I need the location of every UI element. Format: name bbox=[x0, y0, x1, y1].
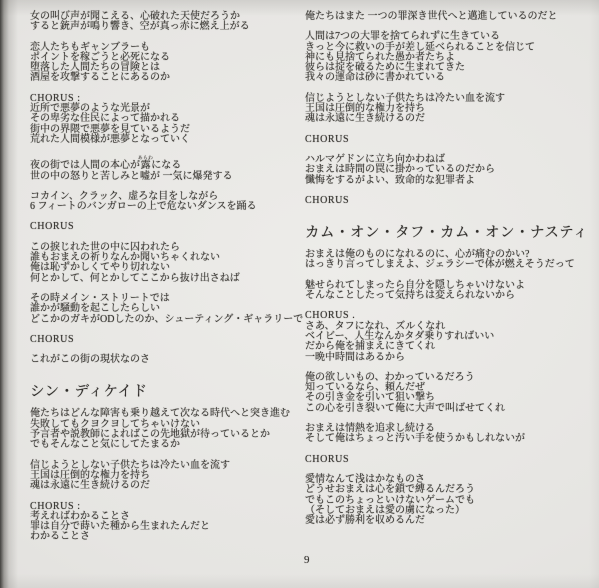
stanza: コカイン、クラック、虚ろな目をしながら6 フィートのバンガローの上で危ないダンス… bbox=[30, 192, 300, 213]
lyric-line: 世の中の怒りと苦しみと嘘が 一気に爆発する bbox=[30, 172, 300, 182]
chorus-block: CHORUS bbox=[305, 455, 595, 465]
chorus-block: CHORUS bbox=[30, 335, 300, 345]
page-number: 9 bbox=[304, 554, 310, 566]
lyrics-column-right: 俺たちはまた 一つの罪深き世代へと邁進しているのだと人間は7つの大罪を捨てられず… bbox=[305, 12, 595, 536]
chorus-block: CHORUS bbox=[30, 222, 300, 232]
stanza: 俺たちはまた 一つの罪深き世代へと邁進しているのだと bbox=[305, 12, 595, 22]
lyric-line: この心を引き裂いて俺に大声で叫ばせてくれ bbox=[305, 404, 595, 414]
lyric-line: 一晩中時間はあるから bbox=[305, 353, 595, 363]
stanza: 魅せられてしまったら自分を隠しちゃいけないよそんなことしたって気持ちは変えられな… bbox=[305, 281, 595, 302]
lyric-line: 荒れた人間模様が悪夢となっていく bbox=[30, 135, 300, 145]
lyric-line: 酒屋を攻撃することにあるのか bbox=[30, 73, 300, 83]
lyric-line: はっきり言ってしまえよ、ジェラシーで体が燃えそうだって bbox=[305, 260, 595, 270]
stanza: 信じようとしない子供たちは冷たい血を流す王国は圧倒的な権力を持ち魂は永遠に生き続… bbox=[30, 461, 300, 492]
lyric-line: 懺悔をするがよい、致命的な犯罪者よ bbox=[305, 176, 595, 186]
stanza: 俺たちはどんな障害も乗り越えて次なる時代へと突き進む失敗してもクヨクヨしてちゃい… bbox=[30, 409, 300, 450]
lyric-line: どこかのガキがODしたのか、シューティング・ギャラリーで bbox=[30, 315, 300, 325]
stanza: 愛情なんて浅はかなものさどうせおまえは心を鎖で縛るんだろうでもこのちょっといけな… bbox=[305, 475, 595, 526]
song-title: カム・オン・タフ・カム・オン・ナスティ bbox=[305, 225, 595, 241]
song-title: シン・ディケイド bbox=[30, 384, 300, 400]
lyric-line: すると銃声が鳴り響き、空が真っ赤に燃え上がる bbox=[30, 22, 300, 32]
lyrics-column-left: 女の叫び声が聞こえる、心破れた天使だろうかすると銃声が鳴り響き、空が真っ赤に燃え… bbox=[30, 12, 300, 553]
chorus-label: CHORUS bbox=[30, 335, 300, 345]
stanza: 女の叫び声が聞こえる、心破れた天使だろうかすると銃声が鳴り響き、空が真っ赤に燃え… bbox=[30, 12, 300, 33]
lyric-line: どうせおまえは心を鎖で縛るんだろう bbox=[305, 485, 595, 495]
stanza: ハルマゲドンに立ち向かわねばおまえは時間の罠に掛かっているのだから懺悔をするがよ… bbox=[305, 155, 595, 186]
lyric-line: 夜の街では人間の本心が露あらわになる bbox=[30, 155, 300, 171]
stanza: 恋人たちもギャンブラーもポイントを稼ごうと必死になる堕落した人間たちの冒険とは酒… bbox=[30, 43, 300, 84]
lyric-line: これがこの街の現状なのさ bbox=[30, 355, 300, 365]
stanza: 夜の街では人間の本心が露あらわになる世の中の怒りと苦しみと嘘が 一気に爆発する bbox=[30, 155, 300, 182]
stanza: 人間は7つの大罪を捨てられずに生きているきっと今に救いの手が差し延べられることを… bbox=[305, 32, 595, 83]
stanza: CHORUS .さあ、タフになれ、ズルくなれベイビー、人生なんかタダ乗りすればい… bbox=[305, 311, 595, 362]
stanza: 俺の欲しいもの、わかっているだろう知っているなら、頼んだぜその引き金を引いて狙い… bbox=[305, 373, 595, 414]
stanza: その時メイン・ストリートでは誰かが騒動を起こしたらしいどこかのガキがODしたのか… bbox=[30, 294, 300, 325]
chorus-block: CHORUS bbox=[305, 196, 595, 206]
stanza: 信じようとしない子供たちは冷たい血を流す王国は圧倒的な権力を持ち魂は永遠に生き続… bbox=[305, 94, 595, 125]
stanza: CHORUS :近所で悪夢のような光景がその卑劣な住民によって描かれる街中の界隈… bbox=[30, 94, 300, 145]
stanza: おまえは情熱を追求し続けるそして俺はちょっと汚い手を使うかもしれないが bbox=[305, 424, 595, 445]
chorus-label: CHORUS bbox=[305, 135, 595, 145]
ruby-annotation: 露あらわ bbox=[140, 160, 151, 171]
stanza: CHORUS :考えればわかることさ罪は自分で蒔いた種から生まれたんだとわかるこ… bbox=[30, 502, 300, 543]
scanned-lyrics-page: 女の叫び声が聞こえる、心破れた天使だろうかすると銃声が鳴り響き、空が真っ赤に燃え… bbox=[0, 0, 599, 588]
chorus-label: CHORUS bbox=[305, 455, 595, 465]
lyric-line: 魂は永遠に生き続けるのだ bbox=[30, 481, 300, 491]
stanza: おまえは俺のものになれるのに、心が痛むのかい?はっきり言ってしまえよ、ジェラシー… bbox=[305, 250, 595, 271]
lyric-line: 魂は永遠に生き続けるのだ bbox=[305, 114, 595, 124]
lyric-line: 俺たちはまた 一つの罪深き世代へと邁進しているのだと bbox=[305, 12, 595, 22]
lyric-line: そんなことしたって気持ちは変えられないから bbox=[305, 291, 595, 301]
chorus-label: CHORUS bbox=[305, 196, 595, 206]
lyric-line: わかることさ bbox=[30, 532, 300, 542]
lyric-line: でもそんなこと気にしてたまるか bbox=[30, 440, 300, 450]
lyric-line: 誰かが騒動を起こしたらしい bbox=[30, 304, 300, 314]
stanza: この捩じれた世の中に囚われたら誰もおまえの祈りなんか聞いちゃくれない俺は恥ずかし… bbox=[30, 243, 300, 284]
lyric-line: だから俺を捕まえにきてくれ bbox=[305, 342, 595, 352]
lyric-line: 愛は必ず勝利を収めるんだ bbox=[305, 516, 595, 526]
lyric-line: そして俺はちょっと汚い手を使うかもしれないが bbox=[305, 434, 595, 444]
chorus-block: CHORUS bbox=[305, 135, 595, 145]
lyric-line: 何とかして、何とかしてここから抜け出さねば bbox=[30, 274, 300, 284]
lyric-line: 我々の運命は砂に書かれている bbox=[305, 73, 595, 83]
stanza: これがこの街の現状なのさ bbox=[30, 355, 300, 365]
lyric-line: 6 フィートのバンガローの上で危ないダンスを踊る bbox=[30, 202, 300, 212]
chorus-label: CHORUS bbox=[30, 222, 300, 232]
